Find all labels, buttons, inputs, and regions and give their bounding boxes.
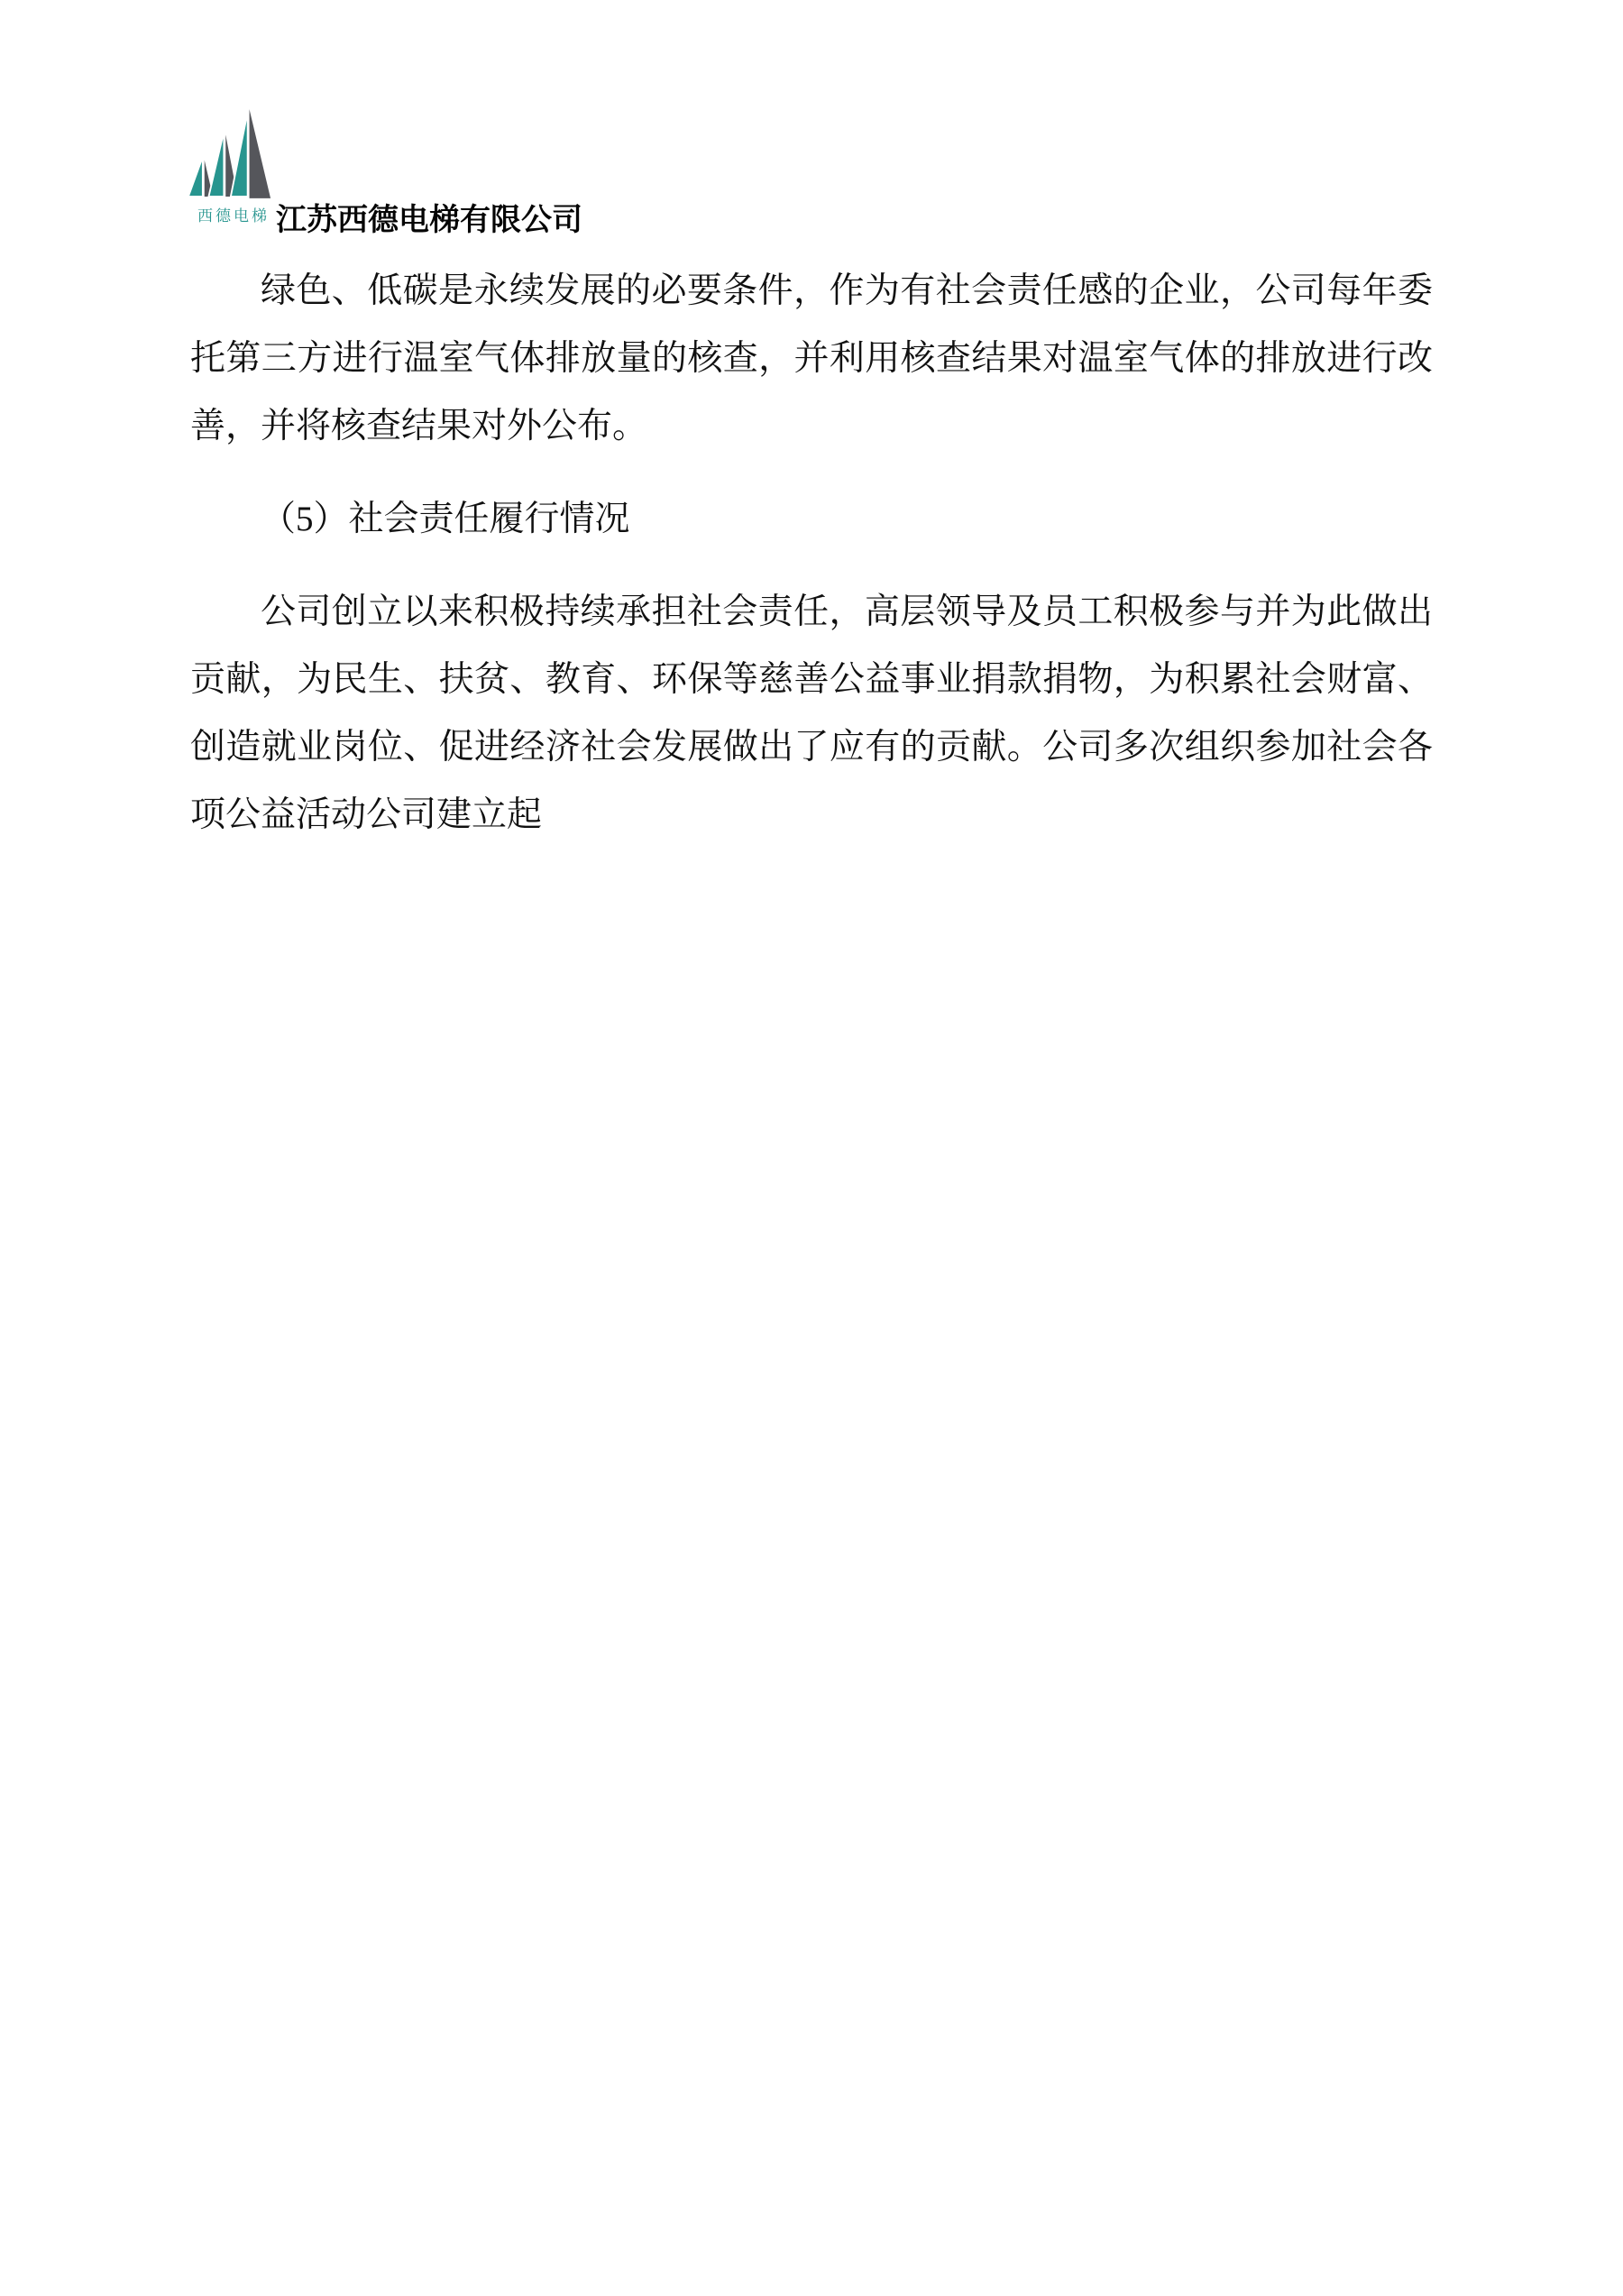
text-line: 创造就业岗位、促进经济社会发展做出了应有的贡献。公司多次组织参加社会各 xyxy=(190,713,1433,781)
text-line: 绿色、低碳是永续发展的必要条件，作为有社会责任感的企业，公司每年委 xyxy=(190,257,1433,325)
company-name: 江苏西德电梯有限公司 xyxy=(276,195,582,239)
text-line: 项公益活动公司建立起 xyxy=(190,781,1433,849)
text-line: 托第三方进行温室气体排放量的核查，并利用核查结果对温室气体的排放进行改 xyxy=(190,325,1433,392)
heading-social-responsibility: （5）社会责任履行情况 xyxy=(190,485,1433,553)
text-line: 贡献，为民生、扶贫、教育、环保等慈善公益事业捐款捐物，为积累社会财富、 xyxy=(190,646,1433,713)
heading-text: （5）社会责任履行情况 xyxy=(190,485,1433,553)
logo-brand-text: 西德电梯 xyxy=(197,203,288,225)
logo-triangles-icon xyxy=(187,108,271,199)
company-logo: 西德电梯 xyxy=(187,108,286,225)
letterhead: 西德电梯 江苏西德电梯有限公司 xyxy=(0,0,1623,243)
paragraph-green-low-carbon: 绿色、低碳是永续发展的必要条件，作为有社会责任感的企业，公司每年委托第三方进行温… xyxy=(190,257,1433,460)
document-page: 西德电梯 江苏西德电梯有限公司 绿色、低碳是永续发展的必要条件，作为有社会责任感… xyxy=(0,0,1623,2296)
text-line: 公司创立以来积极持续承担社会责任，高层领导及员工积极参与并为此做出 xyxy=(190,578,1433,646)
text-line: 善，并将核查结果对外公布。 xyxy=(190,392,1433,460)
document-body: 绿色、低碳是永续发展的必要条件，作为有社会责任感的企业，公司每年委托第三方进行温… xyxy=(190,257,1433,849)
paragraph-social-responsibility: 公司创立以来积极持续承担社会责任，高层领导及员工积极参与并为此做出贡献，为民生、… xyxy=(190,578,1433,849)
